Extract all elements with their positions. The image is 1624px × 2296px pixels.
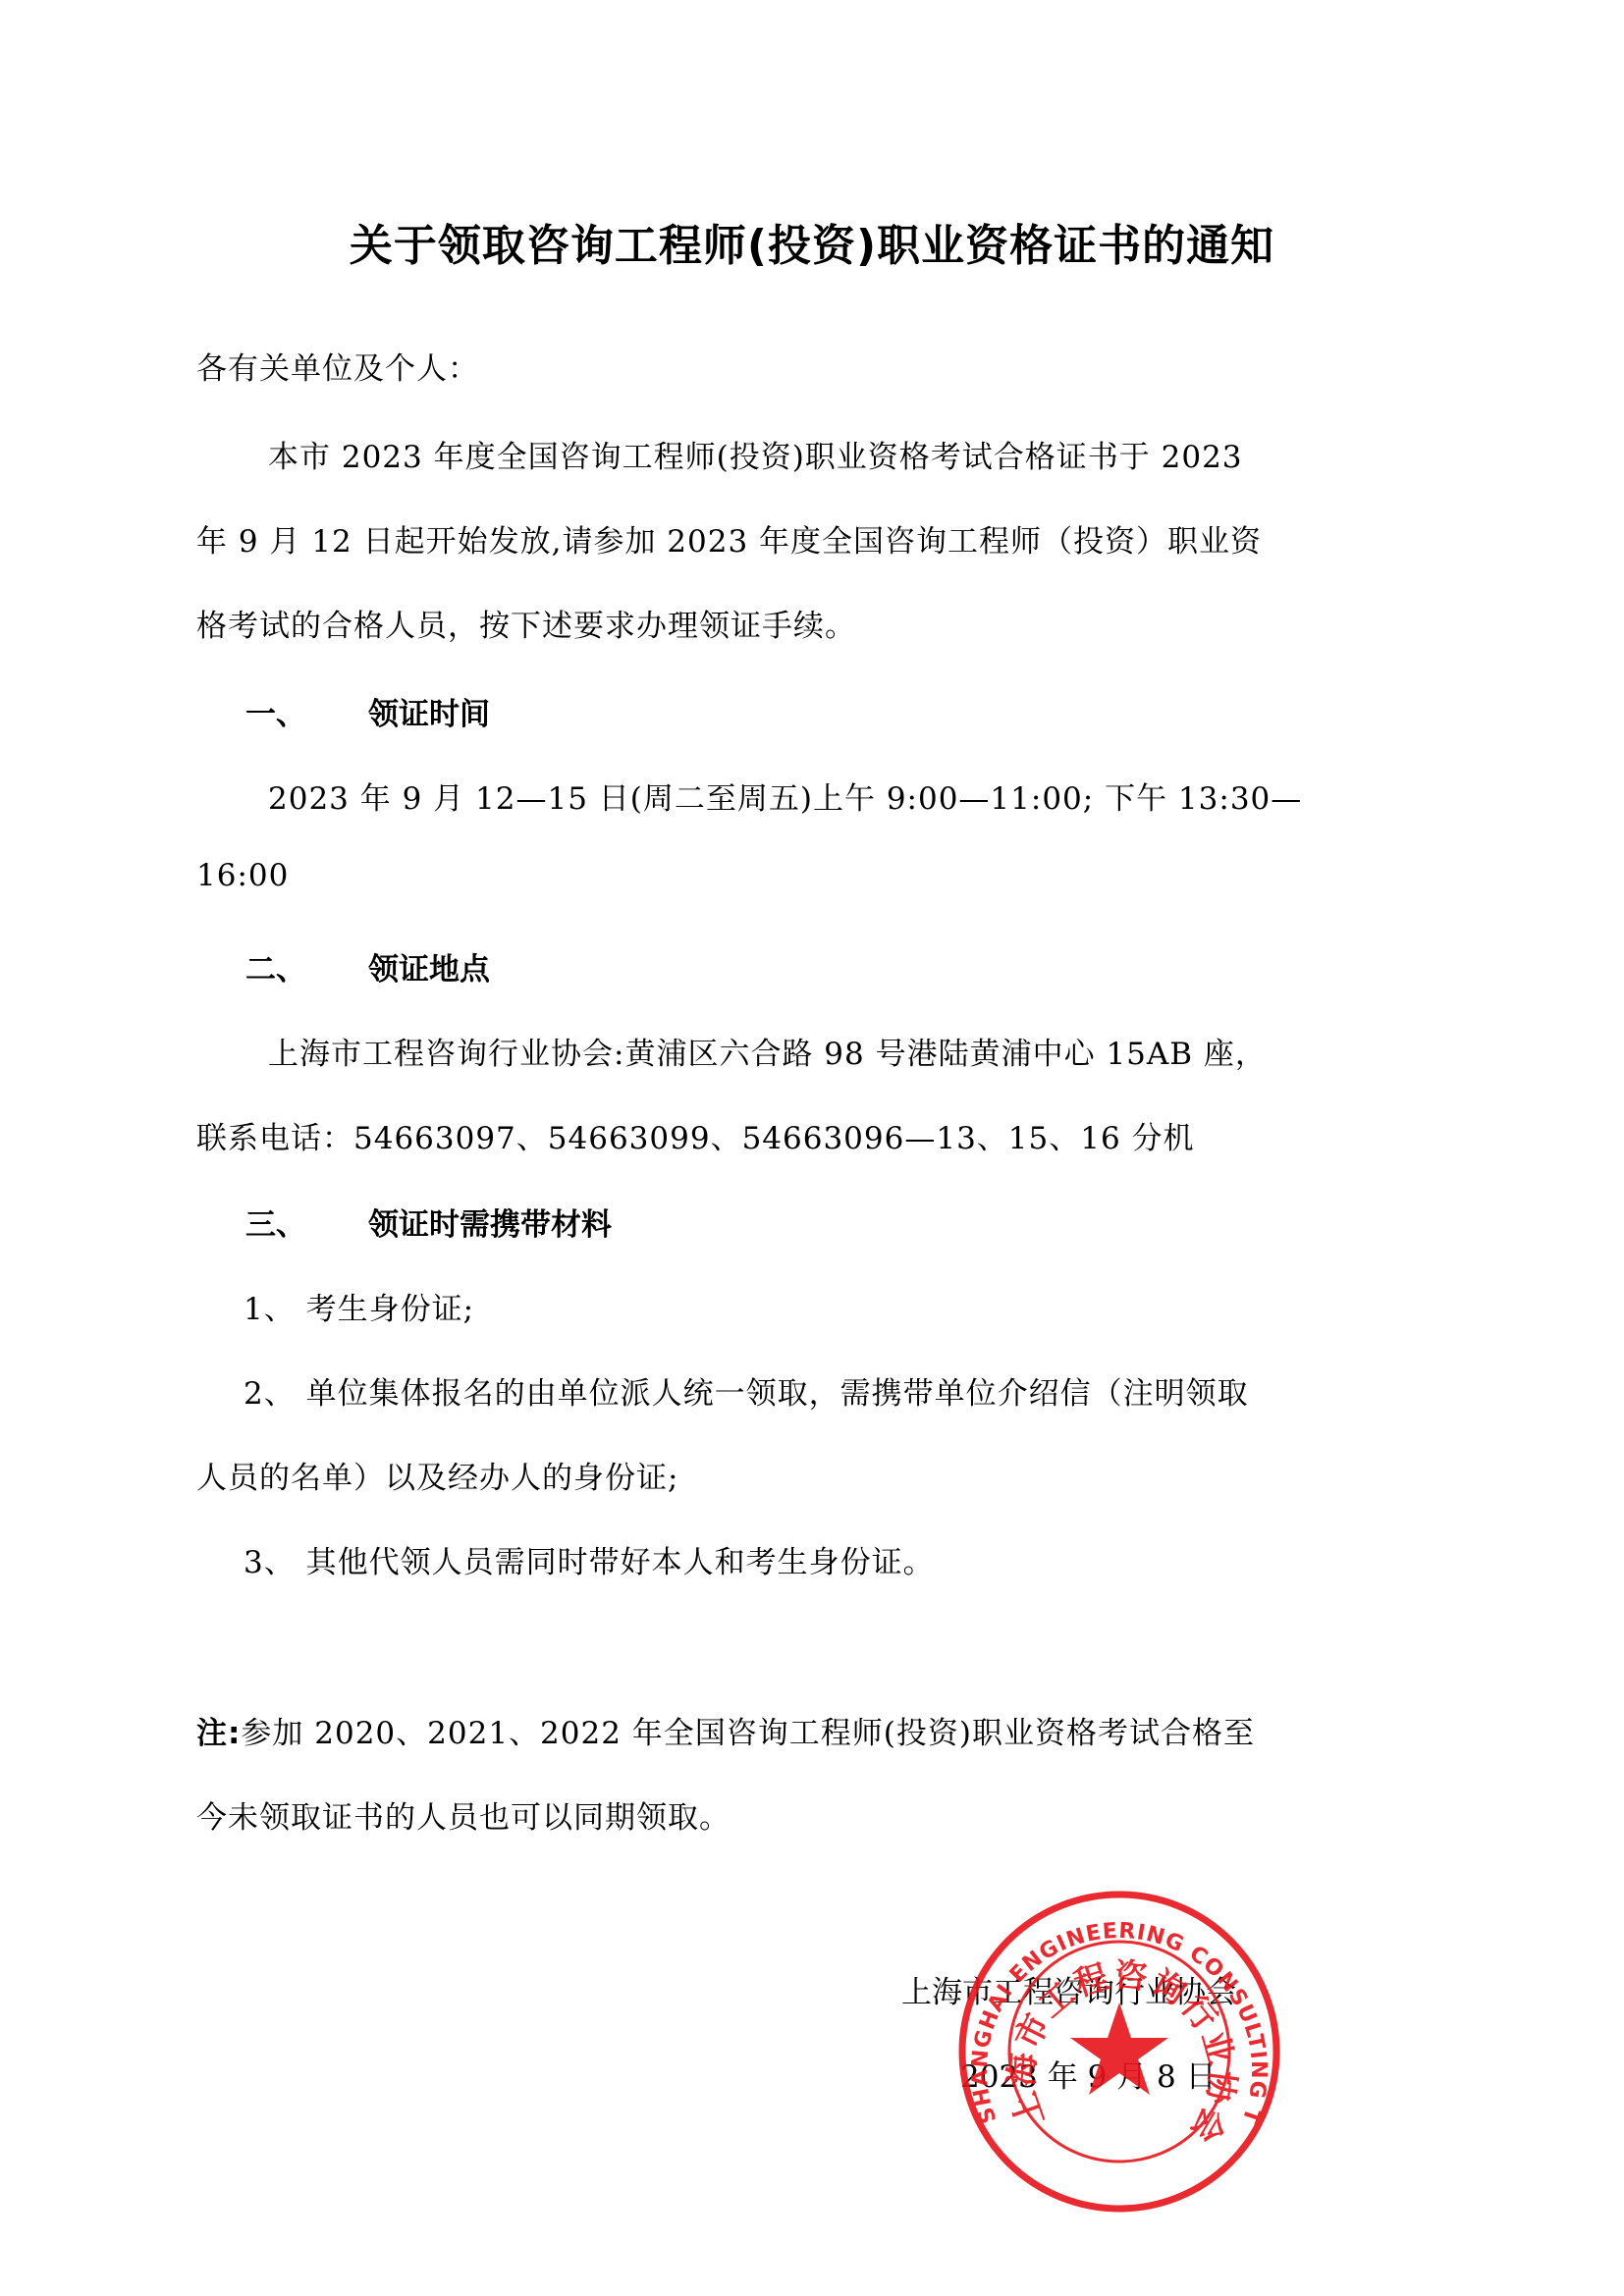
material-item-1: 1、 考生身份证;	[244, 1284, 474, 1328]
material-item-3: 3、 其他代领人员需同时带好本人和考生身份证。	[244, 1537, 935, 1581]
salutation: 各有关单位及个人：	[196, 344, 479, 388]
section-number: 三、	[245, 1200, 368, 1244]
location-line-1: 上海市工程咨询行业协会:黄浦区六合路 98 号港陆黄浦中心 15AB 座，	[268, 1029, 1267, 1073]
section-number: 一、	[245, 689, 368, 733]
note-label: 注:	[196, 1716, 241, 1751]
material-item-2: 2、 单位集体报名的由单位派人统一领取，需携带单位介绍信（注明领取	[244, 1368, 1249, 1413]
note-text: 参加 2020、2021、2022 年全国咨询工程师(投资)职业资格考试合格至	[241, 1716, 1255, 1751]
location-line-2: 联系电话：54663097、54663099、54663096—13、15、16…	[196, 1113, 1195, 1157]
time-line-2: 16:00	[196, 858, 289, 893]
section-heading-location: 二、领证地点	[245, 944, 490, 988]
note-line-1: 注:参加 2020、2021、2022 年全国咨询工程师(投资)职业资格考试合格…	[196, 1708, 1255, 1752]
section-heading-materials: 三、领证时需携带材料	[245, 1200, 612, 1244]
intro-line-2: 年 9 月 12 日起开始发放,请参加 2023 年度全国咨询工程师（投资）职业…	[196, 516, 1262, 561]
section-heading-time: 一、领证时间	[245, 689, 490, 733]
section-title: 领证时需携带材料	[368, 1207, 612, 1243]
document-title: 关于领取咨询工程师(投资)职业资格证书的通知	[0, 210, 1624, 273]
section-title: 领证地点	[368, 952, 490, 988]
intro-line-1: 本市 2023 年度全国咨询工程师(投资)职业资格考试合格证书于 2023	[268, 432, 1243, 476]
official-seal-stamp: SHANGHAI ENGINEERING CONSULTING TRADE AS…	[943, 1875, 1296, 2228]
note-line-2: 今未领取证书的人员也可以同期领取。	[196, 1792, 731, 1837]
material-item-2-cont: 人员的名单）以及经办人的身份证;	[196, 1453, 678, 1497]
time-line-1: 2023 年 9 月 12—15 日(周二至周五)上午 9:00—11:00; …	[268, 774, 1302, 818]
section-title: 领证时间	[368, 697, 490, 732]
section-number: 二、	[245, 944, 368, 988]
intro-line-3: 格考试的合格人员，按下述要求办理领证手续。	[196, 601, 856, 645]
star-icon	[1070, 2002, 1168, 2095]
